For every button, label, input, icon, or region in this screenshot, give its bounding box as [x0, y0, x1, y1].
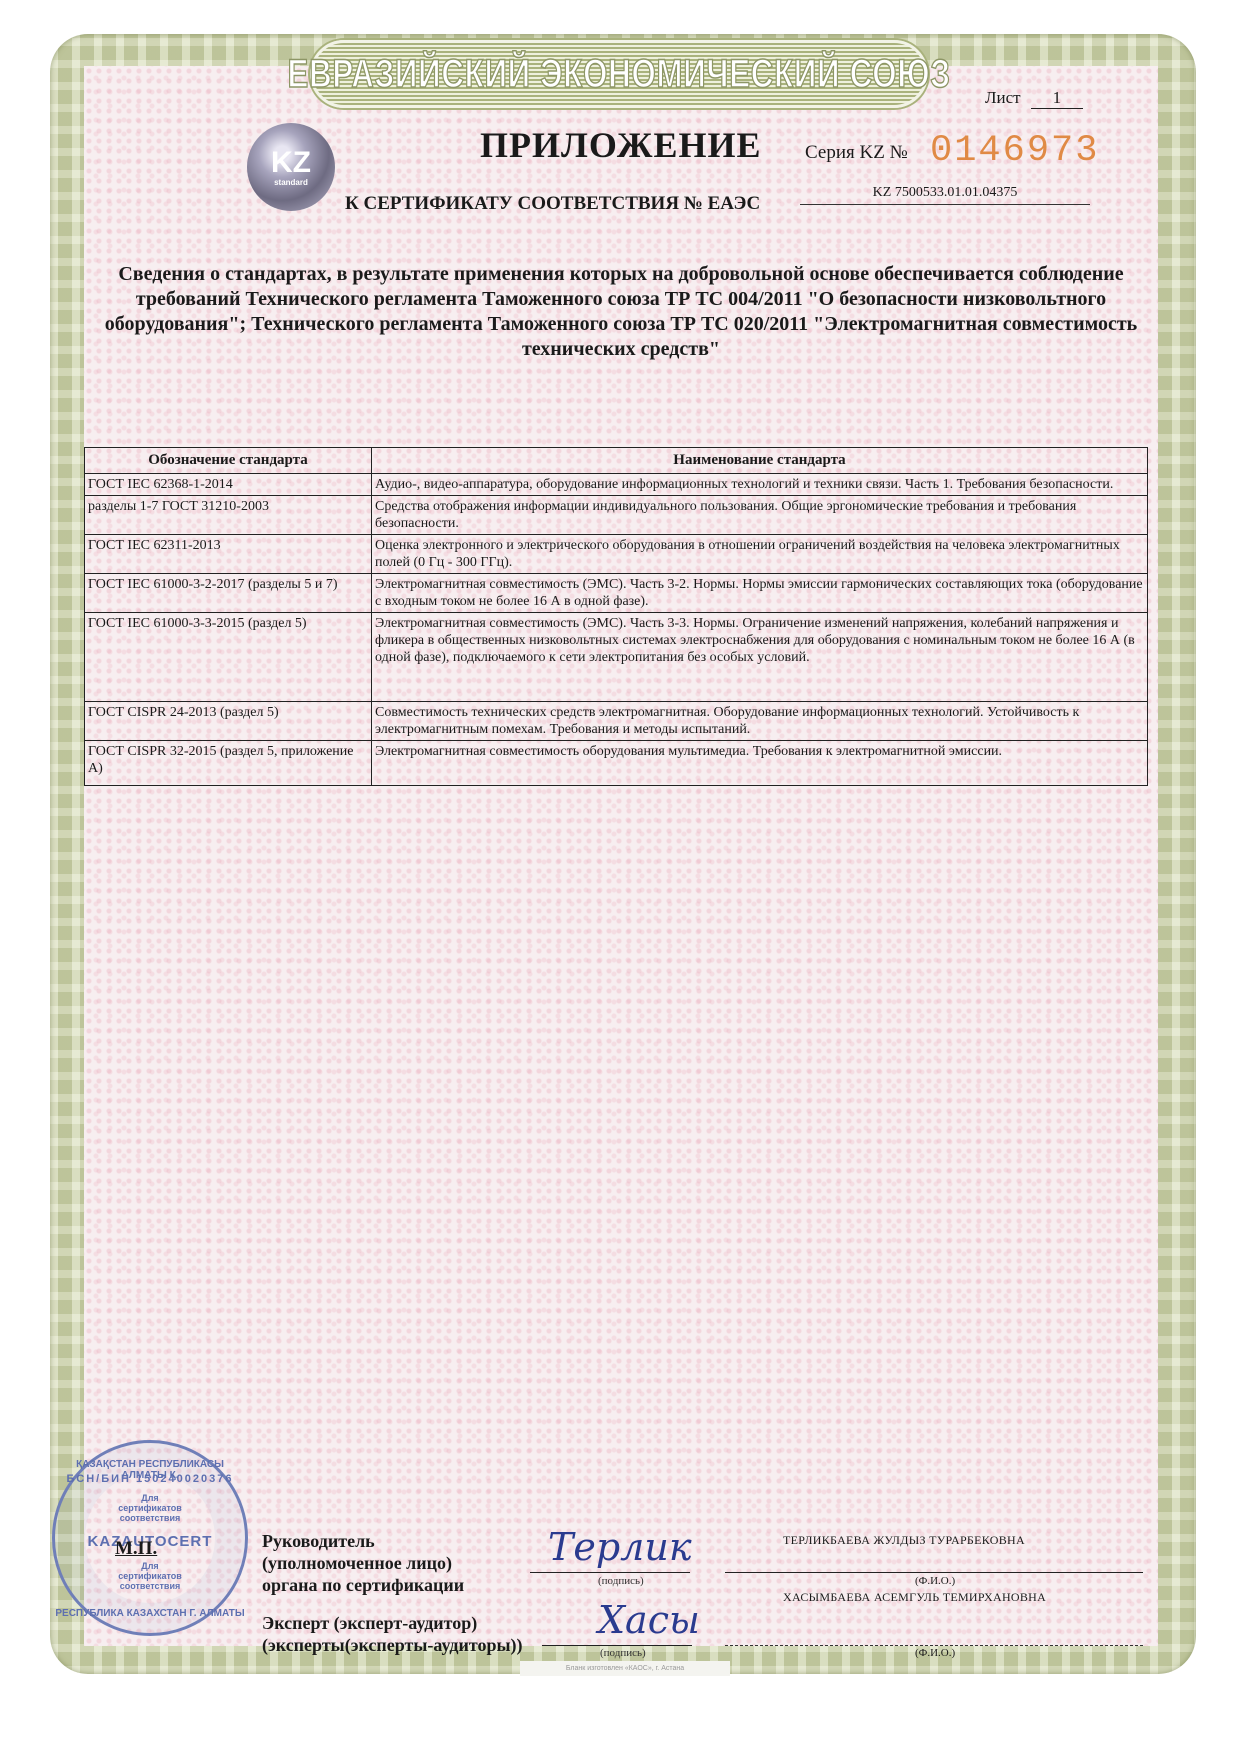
role-line: Эксперт (эксперт-аудитор): [262, 1612, 523, 1634]
head-fio-caption: (Ф.И.О.): [915, 1575, 955, 1587]
expert-role: Эксперт (эксперт-аудитор) (эксперты(эксп…: [262, 1612, 523, 1656]
serial-number: 0146973: [930, 130, 1099, 172]
stamp-line: соответствия: [55, 1581, 245, 1591]
expert-signature-caption: (подпись): [600, 1647, 646, 1659]
column-header-code: Обозначение стандарта: [85, 448, 372, 474]
head-role: Руководитель (уполномоченное лицо) орган…: [262, 1530, 464, 1596]
printer-note: Бланк изготовлен «КАОС», г. Астана: [520, 1661, 730, 1676]
standard-name: Электромагнитная совместимость (ЭМС). Ча…: [372, 574, 1148, 613]
table-row: разделы 1-7 ГОСТ 31210-2003 Средства ото…: [85, 496, 1148, 535]
standard-name: Совместимость технических средств электр…: [372, 702, 1148, 741]
standard-code: ГОСТ IEC 61000-3-3-2015 (раздел 5): [85, 613, 372, 702]
stamp-line: Для: [55, 1493, 245, 1503]
standard-code: ГОСТ IEC 62368-1-2014: [85, 474, 372, 496]
standard-name: Аудио-, видео-аппаратура, оборудование и…: [372, 474, 1148, 496]
document-title: ПРИЛОЖЕНИЕ: [480, 124, 762, 166]
expert-fio: ХАСЫМБАЕВА АСЕМГУЛЬ ТЕМИРХАНОВНА: [783, 1590, 1046, 1605]
union-banner: ЕВРАЗИЙСКИЙ ЭКОНОМИЧЕСКИЙ СОЮЗ: [310, 40, 928, 108]
table-row: ГОСТ CISPR 32-2015 (раздел 5, приложение…: [85, 741, 1148, 786]
head-signature: Терлик: [548, 1525, 692, 1569]
expert-signature-line: [542, 1645, 692, 1646]
head-signature-line: [530, 1572, 690, 1573]
expert-fio-line: [725, 1645, 1143, 1646]
series-label: Серия KZ №: [805, 142, 908, 164]
role-line: (уполномоченное лицо): [262, 1552, 464, 1574]
head-fio-line: [725, 1572, 1143, 1573]
stamp-inner-bottom: Для сертификатов соответствия: [55, 1561, 245, 1591]
table-header-row: Обозначение стандарта Наименование станд…: [85, 448, 1148, 474]
role-line: Руководитель: [262, 1530, 464, 1552]
table-row: ГОСТ CISPR 24-2013 (раздел 5) Совместимо…: [85, 702, 1148, 741]
stamp-ring-bottom: РЕСПУБЛИКА КАЗАХСТАН Г. АЛМАТЫ: [55, 1608, 245, 1619]
seal-subtext: standard: [274, 178, 308, 187]
certificate-number: KZ 7500533.01.01.04375: [800, 185, 1090, 205]
stamp-line: сертификатов: [55, 1571, 245, 1581]
stamp-inner-top: Для сертификатов соответствия: [55, 1493, 245, 1523]
certificate-label: К СЕРТИФИКАТУ СООТВЕТСТВИЯ № ЕАЭС: [345, 193, 760, 215]
head-fio: ТЕРЛИКБАЕВА ЖУЛДЫЗ ТУРАРБЕКОВНА: [783, 1533, 1025, 1548]
standard-name: Электромагнитная совместимость оборудова…: [372, 741, 1148, 786]
hologram-kz-seal-icon: KZ standard: [247, 123, 335, 211]
sheet-label: Лист: [985, 88, 1021, 107]
sheet-number: Лист 1: [985, 88, 1083, 109]
standards-table: Обозначение стандарта Наименование станд…: [84, 447, 1148, 786]
standard-code: ГОСТ IEC 62311-2013: [85, 535, 372, 574]
stamp-line: соответствия: [55, 1513, 245, 1523]
banner-text: ЕВРАЗИЙСКИЙ ЭКОНОМИЧЕСКИЙ СОЮЗ: [287, 52, 950, 97]
standard-code: ГОСТ CISPR 32-2015 (раздел 5, приложение…: [85, 741, 372, 786]
table-row: ГОСТ IEC 62311-2013 Оценка электронного …: [85, 535, 1148, 574]
standards-heading: Сведения о стандартах, в результате прим…: [100, 262, 1142, 362]
expert-signature: Хасы: [598, 1598, 700, 1642]
standard-code: разделы 1-7 ГОСТ 31210-2003: [85, 496, 372, 535]
standard-name: Оценка электронного и электрического обо…: [372, 535, 1148, 574]
standard-code: ГОСТ IEC 61000-3-2-2017 (разделы 5 и 7): [85, 574, 372, 613]
standard-name: Средства отображения информации индивиду…: [372, 496, 1148, 535]
table-row: ГОСТ IEC 62368-1-2014 Аудио-, видео-аппа…: [85, 474, 1148, 496]
expert-fio-caption: (Ф.И.О.): [915, 1647, 955, 1659]
stamp-line: сертификатов: [55, 1503, 245, 1513]
table-row: ГОСТ IEC 61000-3-3-2015 (раздел 5) Элект…: [85, 613, 1148, 702]
role-line: органа по сертификации: [262, 1574, 464, 1596]
head-signature-caption: (подпись): [598, 1575, 644, 1587]
stamp-line: Для: [55, 1561, 245, 1571]
standard-name: Электромагнитная совместимость (ЭМС). Ча…: [372, 613, 1148, 702]
seal-place-label: М.П.: [115, 1538, 157, 1560]
role-line: (эксперты(эксперты-аудиторы)): [262, 1634, 523, 1656]
standard-code: ГОСТ CISPR 24-2013 (раздел 5): [85, 702, 372, 741]
table-row: ГОСТ IEC 61000-3-2-2017 (разделы 5 и 7) …: [85, 574, 1148, 613]
column-header-name: Наименование стандарта: [372, 448, 1148, 474]
sheet-value: 1: [1031, 88, 1083, 109]
stamp-bin: БСН/БИН 150240020376: [55, 1473, 245, 1485]
seal-text: KZ: [271, 148, 311, 178]
